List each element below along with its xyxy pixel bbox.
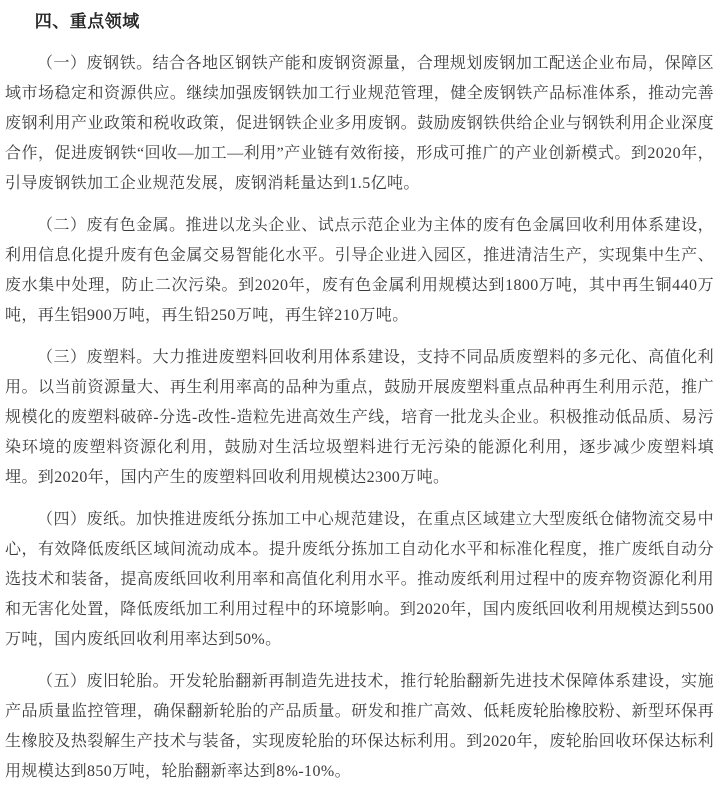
section-heading: 四、重点领域: [5, 8, 714, 36]
paragraph-waste-plastics: （三）废塑料。大力推进废塑料回收利用体系建设，支持不同品质废塑料的多元化、高值化…: [5, 343, 714, 493]
paragraph-scrap-steel: （一）废钢铁。结合各地区钢铁产能和废钢资源量，合理规划废钢加工配送企业布局，保障…: [5, 49, 714, 199]
paragraph-used-tires: （五）废旧轮胎。开发轮胎翻新再制造先进技术，推行轮胎翻新先进技术保障体系建设，实…: [5, 667, 714, 787]
paragraph-nonferrous-metals: （二）废有色金属。推进以龙头企业、试点示范企业为主体的废有色金属回收利用体系建设…: [5, 211, 714, 331]
document-page: 四、重点领域 （一）废钢铁。结合各地区钢铁产能和废钢资源量，合理规划废钢加工配送…: [0, 0, 720, 803]
paragraph-waste-paper: （四）废纸。加快推进废纸分拣加工中心规范建设，在重点区域建立大型废纸仓储物流交易…: [5, 505, 714, 655]
